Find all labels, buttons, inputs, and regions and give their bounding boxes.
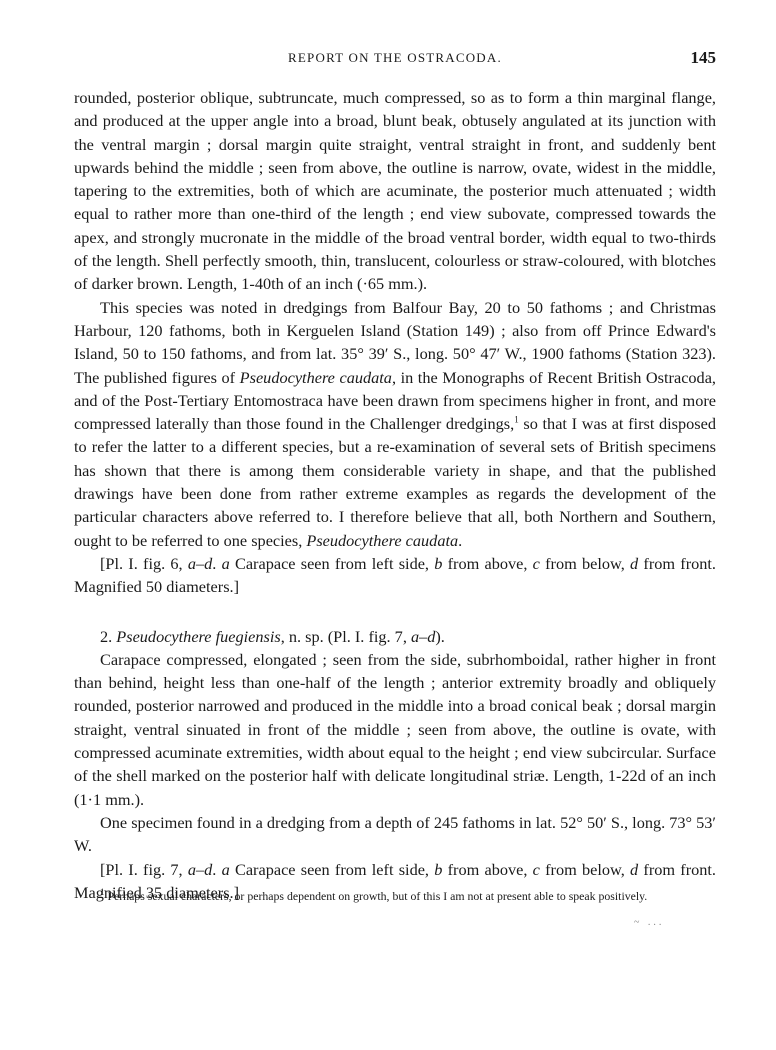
- page-body: rounded, posterior oblique, subtruncate,…: [74, 86, 716, 904]
- species-name: Pseudocythere caudata: [240, 368, 392, 387]
- species-heading: 2. Pseudocythere fuegiensis, n. sp. (Pl.…: [74, 625, 716, 648]
- running-title: REPORT ON THE OSTRACODA.: [74, 50, 716, 66]
- page-header: REPORT ON THE OSTRACODA. 145: [74, 48, 716, 68]
- species-heading-name: Pseudocythere fuegiensis: [116, 627, 280, 646]
- section-spacer: [74, 599, 716, 625]
- species-name: Pseudocythere caudata: [306, 531, 458, 550]
- plate-reference-1: [Pl. I. fig. 6, a–d. a Carapace seen fro…: [74, 552, 716, 599]
- species-locality: One specimen found in a dredging from a …: [74, 811, 716, 858]
- signature-mark: ~ ...: [634, 917, 664, 928]
- footnote-1: 1 Perhaps sexual characters, or perhaps …: [74, 888, 716, 905]
- footnotes: 1 Perhaps sexual characters, or perhaps …: [74, 888, 716, 905]
- species-description: Carapace compressed, elongated ; seen fr…: [74, 648, 716, 811]
- description-continued: rounded, posterior oblique, subtruncate,…: [74, 86, 716, 296]
- page-number: 145: [691, 48, 717, 68]
- distribution-paragraph: This species was noted in dredgings from…: [74, 296, 716, 552]
